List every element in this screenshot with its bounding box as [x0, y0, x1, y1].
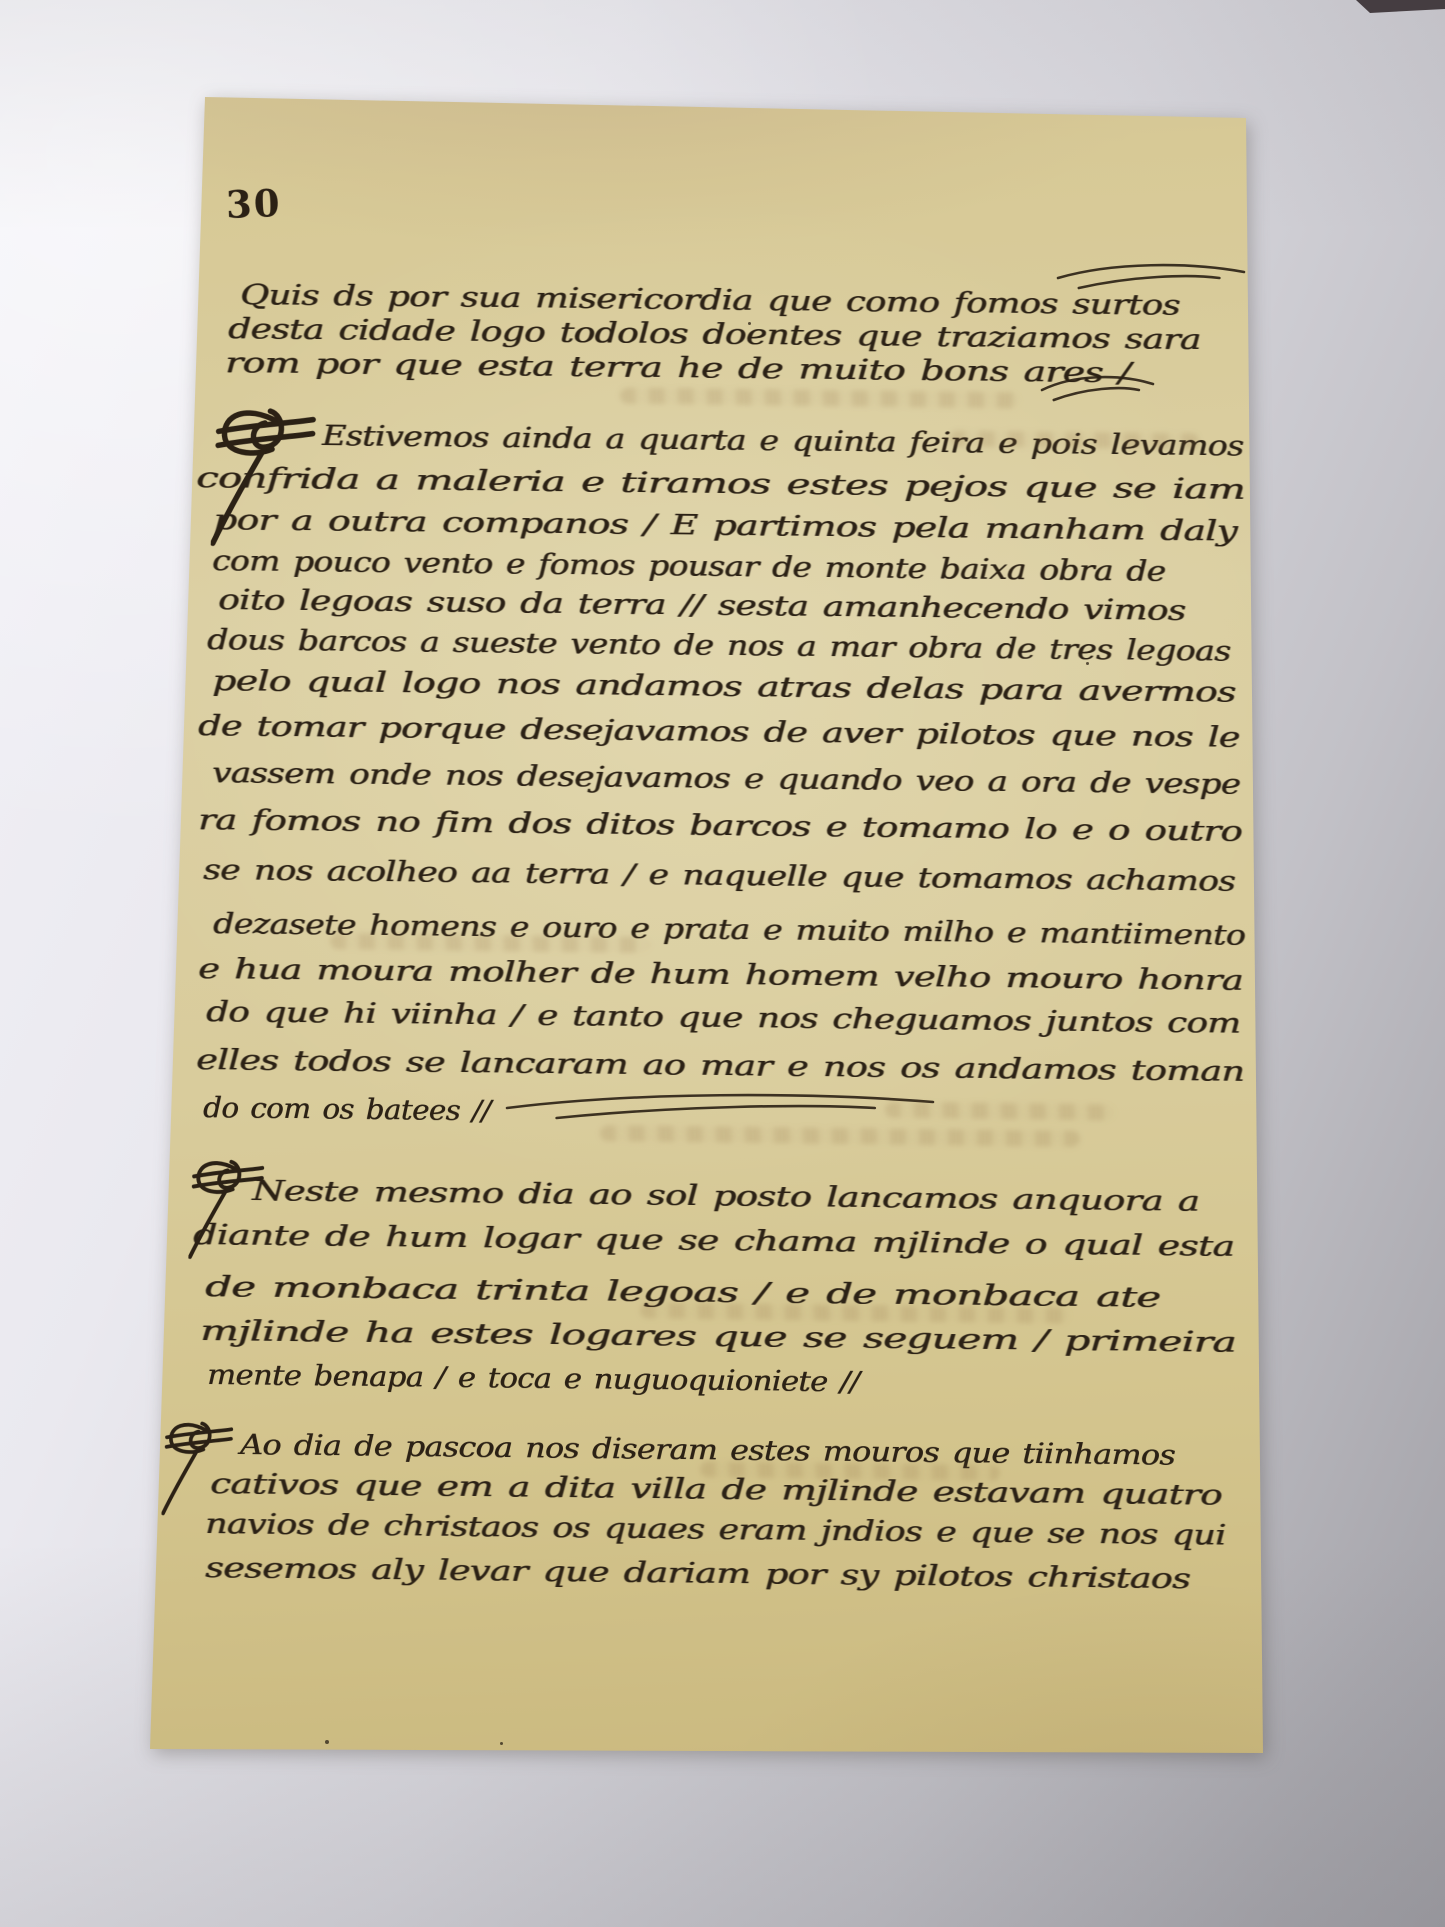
ink-speck: [1086, 662, 1089, 665]
manuscript-line: Neste mesmo dia ao sol posto lancamos an…: [252, 1171, 1199, 1222]
verso-show-through: [885, 1102, 1115, 1121]
manuscript-line: sesemos aly levar que dariam por sy pilo…: [205, 1548, 1190, 1599]
manuscript-page-wrap: 30 Quis ds por sua misericordia que como…: [0, 0, 1445, 1927]
manuscript-line: do que hi viinha / e tanto que nos chegu…: [206, 992, 1241, 1044]
manuscript-line: se nos acolheo aa terra / e naquelle que…: [203, 850, 1236, 902]
verso-show-through: [600, 1125, 1080, 1147]
manuscript-line: ra fomos no fim dos ditos barcos e tomam…: [198, 800, 1242, 852]
manuscript-line: elles todos se lancaram ao mar e nos os …: [196, 1040, 1245, 1092]
manuscript-page: 30 Quis ds por sua misericordia que como…: [0, 0, 1445, 1927]
page-number: 30: [225, 181, 282, 227]
ink-speck: [748, 322, 751, 325]
ink-speck: [500, 1742, 503, 1745]
verso-show-through: [950, 430, 1200, 449]
pen-flourish-swash: [505, 1090, 935, 1126]
manuscript-line: do com os batees //: [203, 1088, 491, 1131]
manuscript-line: de tomar porque desejavamos de aver pilo…: [198, 706, 1240, 758]
pen-flourish-swash: [1056, 260, 1246, 296]
manuscript-line: mente benapa / e toca e nuguoquioniete /…: [207, 1355, 860, 1402]
verso-show-through: [330, 933, 650, 953]
manuscript-line: vassem onde nos desejavamos e quando veo…: [212, 753, 1241, 805]
ink-speck: [325, 1740, 329, 1744]
manuscript-line: diante de hum logar que se chama mjlinde…: [193, 1215, 1235, 1267]
pen-flourish-swash: [1040, 372, 1155, 408]
